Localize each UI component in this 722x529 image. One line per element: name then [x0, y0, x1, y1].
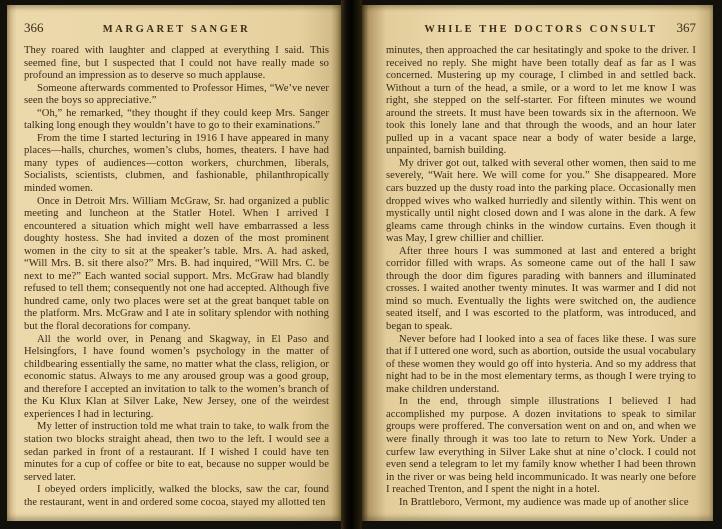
paragraph: My driver got out, talked with several o…	[386, 158, 696, 246]
paragraph: My letter of instruction told me what tr…	[24, 421, 329, 484]
running-header-left: MARGARET SANGER	[62, 24, 291, 35]
left-page-header: 366 MARGARET SANGER	[24, 20, 329, 36]
paragraph: All the world over, in Penang and Skagwa…	[24, 334, 329, 422]
paragraph: In Brattleboro, Vermont, my audience was…	[386, 497, 696, 510]
paragraph: From the time I started lecturing in 191…	[24, 133, 329, 196]
paragraph: In the end, through simple illustrations…	[386, 396, 696, 496]
right-page: WHILE THE DOCTORS CONSULT 367 minutes, t…	[362, 5, 713, 521]
paragraph: Never before had I looked into a sea of …	[386, 334, 696, 397]
paragraph: Once in Detroit Mrs. William McGraw, Sr.…	[24, 196, 329, 334]
paragraph: I obeyed orders implicitly, walked the b…	[24, 484, 329, 509]
book-spread: 366 MARGARET SANGER They roared with lau…	[0, 0, 722, 529]
paragraph: minutes, then approached the car hesitat…	[386, 45, 696, 158]
right-page-header: WHILE THE DOCTORS CONSULT 367	[386, 20, 696, 36]
paragraph: After three hours I was summoned at last…	[386, 246, 696, 334]
left-page: 366 MARGARET SANGER They roared with lau…	[7, 5, 341, 521]
page-number-left: 366	[24, 20, 62, 36]
paragraph: “Oh,” he remarked, “they thought if they…	[24, 108, 329, 133]
paragraph: Someone afterwards commented to Professo…	[24, 83, 329, 108]
page-number-right: 367	[658, 20, 696, 36]
binding-gutter-shadow	[341, 0, 362, 529]
paragraph: They roared with laughter and clapped at…	[24, 45, 329, 83]
left-page-text: They roared with laughter and clapped at…	[24, 45, 329, 509]
running-header-right: WHILE THE DOCTORS CONSULT	[424, 24, 658, 35]
right-page-text: minutes, then approached the car hesitat…	[386, 45, 696, 509]
